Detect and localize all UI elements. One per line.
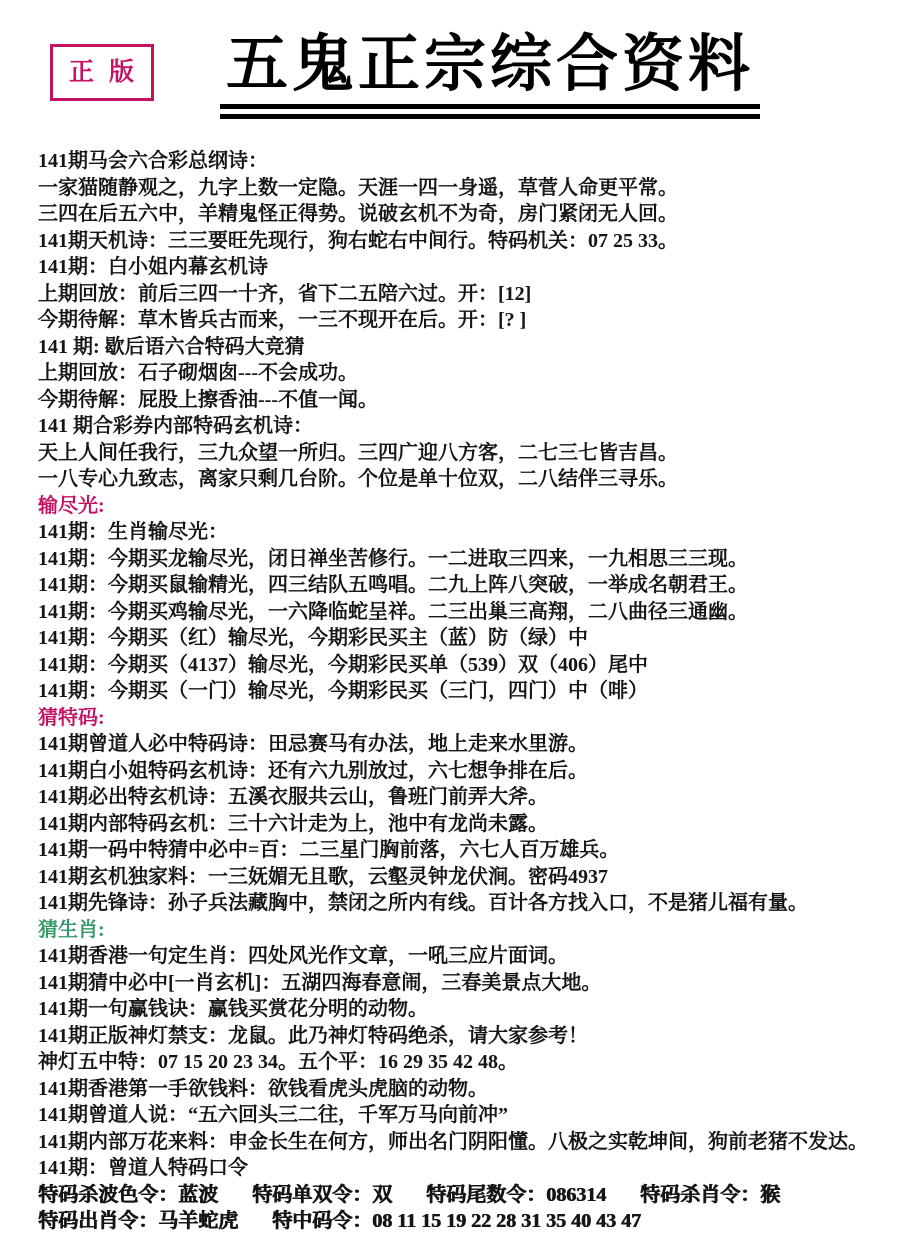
section-shujinguang: 输尽光: 141期：生肖输尽光： 141期：今期买龙输尽光，闭日禅坐苦修行。一二… xyxy=(38,493,892,705)
text-line: 三四在后五六中，羊精鬼怪正得势。说破玄机不为奇，房门紧闭无人回。 xyxy=(38,201,892,228)
text-line: 上期回放：前后三四一十齐，省下二五陪六过。开：[12] xyxy=(38,281,892,308)
text-line: 141期马会六合彩总纲诗： xyxy=(38,148,892,175)
text-line: 上期回放：石子砌烟囱---不会成功。 xyxy=(38,360,892,387)
text-line: 141期：今期买鸡输尽光，一六降临蛇呈祥。二三出巢三高翔，二八曲径三通幽。 xyxy=(38,599,892,626)
text-line: 141期香港一句定生肖：四处风光作文章，一吼三应片面词。 xyxy=(38,943,892,970)
text-line: 141期：生肖输尽光： xyxy=(38,519,892,546)
code-value: 猴 xyxy=(760,1184,780,1206)
text-line: 天上人间任我行，三九众望一所归。三四广迎八方客，二七三七皆吉昌。 xyxy=(38,440,892,467)
code-item: 特码出肖令：马羊蛇虎 xyxy=(38,1208,238,1235)
text-line: 141期香港第一手欲钱料：欲钱看虎头虎脑的动物。 xyxy=(38,1076,892,1103)
code-item: 特码单双令：双 xyxy=(252,1182,392,1209)
code-label: 特中码令： xyxy=(272,1210,372,1232)
code-item: 特码杀波色令：蓝波 xyxy=(38,1182,218,1209)
text-line: 141期一码中特猜中必中=百：二三星门胸前落，六七人百万雄兵。 xyxy=(38,837,892,864)
text-line: 141期一句赢钱诀：赢钱买赏花分明的动物。 xyxy=(38,996,892,1023)
text-line: 141 期合彩券内部特码玄机诗： xyxy=(38,413,892,440)
page-title: 五鬼正宗综合资料 xyxy=(220,34,760,119)
text-line: 141 期: 歇后语六合特码大竞猜 xyxy=(38,334,892,361)
text-line: 141期曾道人说：“五六回头三二往，千军万马向前冲” xyxy=(38,1102,892,1129)
code-command-row-2: 特码出肖令：马羊蛇虎 特中码令：08 11 15 19 22 28 31 35 … xyxy=(38,1208,892,1235)
section-header-caishengxiao: 猜生肖: xyxy=(38,917,892,944)
masthead: 正版 五鬼正宗综合资料 xyxy=(0,0,900,122)
intro-lines: 141期马会六合彩总纲诗： 一家猫随静观之，九字上数一定隐。天涯一四一身遥，草菅… xyxy=(38,148,892,493)
code-value: 双 xyxy=(372,1184,392,1206)
page: 正版 五鬼正宗综合资料 141期马会六合彩总纲诗： 一家猫随静观之，九字上数一定… xyxy=(0,0,900,1244)
section-intro: 141期马会六合彩总纲诗： 一家猫随静观之，九字上数一定隐。天涯一四一身遥，草菅… xyxy=(38,148,892,493)
authentic-badge: 正版 xyxy=(50,44,154,101)
text-line: 141期：今期买龙输尽光，闭日禅坐苦修行。一二进取三四来，一九相思三三现。 xyxy=(38,546,892,573)
code-label: 特码尾数令： xyxy=(426,1184,546,1206)
text-line: 今期待解：屁股上擦香油---不值一闻。 xyxy=(38,387,892,414)
code-value: 蓝波 xyxy=(178,1184,218,1206)
code-label: 特码单双令： xyxy=(252,1184,372,1206)
text-line: 141期：今期买（4137）输尽光，今期彩民买单（539）双（406）尾中 xyxy=(38,652,892,679)
text-line: 141期必出特玄机诗：五溪衣服共云山，鲁班门前弄大斧。 xyxy=(38,784,892,811)
text-line: 141期白小姐特码玄机诗：还有六九别放过，六七想争排在后。 xyxy=(38,758,892,785)
content: 141期马会六合彩总纲诗： 一家猫随静观之，九字上数一定隐。天涯一四一身遥，草菅… xyxy=(38,148,892,1235)
text-line: 141期：今期买鼠输精光，四三结队五鸣唱。二九上阵八突破，一举成名朝君王。 xyxy=(38,572,892,599)
text-line: 141期曾道人必中特码诗：田忌赛马有办法，地上走来水里游。 xyxy=(38,731,892,758)
text-line: 一八专心九致志，离家只剩几台阶。个位是单十位双，二八结伴三寻乐。 xyxy=(38,466,892,493)
code-command-row-1: 特码杀波色令：蓝波 特码单双令：双 特码尾数令：086314 特码杀肖令：猴 xyxy=(38,1182,892,1209)
code-label: 特码杀波色令： xyxy=(38,1184,178,1206)
section-caishengxiao: 猜生肖: 141期香港一句定生肖：四处风光作文章，一吼三应片面词。 141期猜中… xyxy=(38,917,892,1182)
text-line: 141期玄机独家料：一三妩媚无且歌，云壑灵钟龙伏涧。密码4937 xyxy=(38,864,892,891)
text-line: 141期：今期买（一门）输尽光，今期彩民买（三门，四门）中（啡） xyxy=(38,678,892,705)
text-line: 141期天机诗：三三要旺先现行，狗右蛇右中间行。特码机关：07 25 33。 xyxy=(38,228,892,255)
text-line: 神灯五中特：07 15 20 23 34。五个平：16 29 35 42 48。 xyxy=(38,1049,892,1076)
text-line: 141期：白小姐内幕玄机诗 xyxy=(38,254,892,281)
text-line: 141期先锋诗：孙子兵法藏胸中，禁闭之所内有线。百计各方找入口，不是猪儿福有量。 xyxy=(38,890,892,917)
section-code-commands: 特码杀波色令：蓝波 特码单双令：双 特码尾数令：086314 特码杀肖令：猴 特… xyxy=(38,1182,892,1235)
section-header-shujinguang: 输尽光: xyxy=(38,493,892,520)
shujinguang-lines: 141期：生肖输尽光： 141期：今期买龙输尽光，闭日禅坐苦修行。一二进取三四来… xyxy=(38,519,892,705)
section-caitema: 猜特码: 141期曾道人必中特码诗：田忌赛马有办法，地上走来水里游。 141期白… xyxy=(38,705,892,917)
text-line: 141期内部特码玄机：三十六计走为上，池中有龙尚未露。 xyxy=(38,811,892,838)
text-line: 今期待解：草木皆兵古而来，一三不现开在后。开：[? ] xyxy=(38,307,892,334)
code-label: 特码出肖令： xyxy=(38,1210,158,1232)
text-line: 一家猫随静观之，九字上数一定隐。天涯一四一身遥，草菅人命更平常。 xyxy=(38,175,892,202)
code-value: 马羊蛇虎 xyxy=(158,1210,238,1232)
caitema-lines: 141期曾道人必中特码诗：田忌赛马有办法，地上走来水里游。 141期白小姐特码玄… xyxy=(38,731,892,917)
text-line: 141期：曾道人特码口令 xyxy=(38,1155,892,1182)
text-line: 141期猜中必中[一肖玄机]：五湖四海春意闹，三春美景点大地。 xyxy=(38,970,892,997)
section-header-caitema: 猜特码: xyxy=(38,705,892,732)
code-item: 特中码令：08 11 15 19 22 28 31 35 40 43 47 xyxy=(272,1208,641,1235)
code-value: 086314 xyxy=(546,1184,606,1206)
code-item: 特码杀肖令：猴 xyxy=(640,1182,780,1209)
code-item: 特码尾数令：086314 xyxy=(426,1182,606,1209)
caishengxiao-lines: 141期香港一句定生肖：四处风光作文章，一吼三应片面词。 141期猜中必中[一肖… xyxy=(38,943,892,1182)
text-line: 141期内部万花来料：申金长生在何方，师出名门阴阳懂。八极之实乾坤间，狗前老猪不… xyxy=(38,1129,892,1156)
code-label: 特码杀肖令： xyxy=(640,1184,760,1206)
text-line: 141期：今期买（红）输尽光，今期彩民买主（蓝）防（绿）中 xyxy=(38,625,892,652)
code-value: 08 11 15 19 22 28 31 35 40 43 47 xyxy=(372,1210,641,1232)
text-line: 141期正版神灯禁支：龙鼠。此乃神灯特码绝杀，请大家参考！ xyxy=(38,1023,892,1050)
